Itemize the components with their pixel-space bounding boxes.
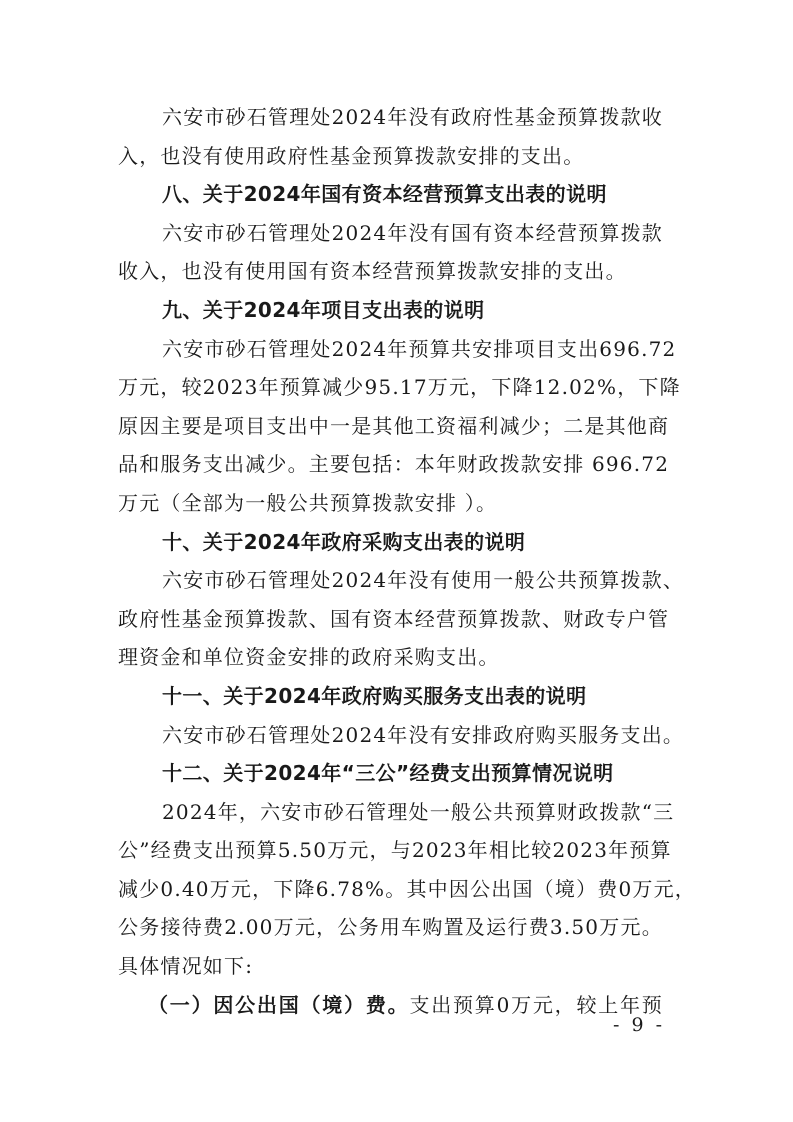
paragraph-line: 具体情况如下: <box>118 947 663 986</box>
section-heading-9: 九、关于2024年项目支出表的说明 <box>118 291 663 330</box>
section-heading-10: 十、关于2024年政府采购支出表的说明 <box>118 523 663 562</box>
section-heading-11: 十一、关于2024年政府购买服务支出表的说明 <box>118 677 663 716</box>
paragraph-line: 收入，也没有使用国有资本经营预算拨款安排的支出。 <box>118 252 663 291</box>
paragraph-line: 六安市砂石管理处2024年没有使用一般公共预算拨款、 <box>118 561 663 600</box>
paragraph-line: 六安市砂石管理处2024年没有国有资本经营预算拨款 <box>118 214 663 253</box>
paragraph-line: 政府性基金预算拨款、国有资本经营预算拨款、财政专户管 <box>118 600 663 639</box>
paragraph-line: 品和服务支出减少。主要包括：本年财政拨款安排 696.72 <box>118 445 663 484</box>
paragraph-line: 理资金和单位资金安排的政府采购支出。 <box>118 638 663 677</box>
paragraph-line: 万元（全部为一般公共预算拨款安排 ）。 <box>118 484 663 523</box>
subsection-line: （一）因公出国（境）费。支出预算0万元，较上年预 <box>118 986 663 1025</box>
paragraph-line: 减少0.40万元，下降6.78%。其中因公出国（境）费0万元， <box>118 870 663 909</box>
paragraph-line: 万元，较2023年预算减少95.17万元，下降12.02%，下降 <box>118 368 663 407</box>
paragraph-line: 六安市砂石管理处2024年没有政府性基金预算拨款收 <box>118 98 663 137</box>
section-heading-12: 十二、关于2024年“三公”经费支出预算情况说明 <box>118 754 663 793</box>
paragraph-line: 入，也没有使用政府性基金预算拨款安排的支出。 <box>118 137 663 176</box>
paragraph-line: 六安市砂石管理处2024年预算共安排项目支出696.72 <box>118 330 663 369</box>
paragraph-line: 公务接待费2.00万元，公务用车购置及运行费3.50万元。 <box>118 908 663 947</box>
paragraph-line: 六安市砂石管理处2024年没有安排政府购买服务支出。 <box>118 716 663 755</box>
section-heading-8: 八、关于2024年国有资本经营预算支出表的说明 <box>118 175 663 214</box>
paragraph-line: 公”经费支出预算5.50万元，与2023年相比较2023年预算 <box>118 831 663 870</box>
document-page-body: 六安市砂石管理处2024年没有政府性基金预算拨款收 入，也没有使用政府性基金预算… <box>118 98 663 1024</box>
paragraph-line: 原因主要是项目支出中一是其他工资福利减少；二是其他商 <box>118 407 663 446</box>
paragraph-line: 2024年，六安市砂石管理处一般公共预算财政拨款“三 <box>118 793 663 832</box>
page-number: - 9 - <box>613 1014 665 1036</box>
subsection-title-bold: （一）因公出国（境）费。 <box>148 993 409 1017</box>
